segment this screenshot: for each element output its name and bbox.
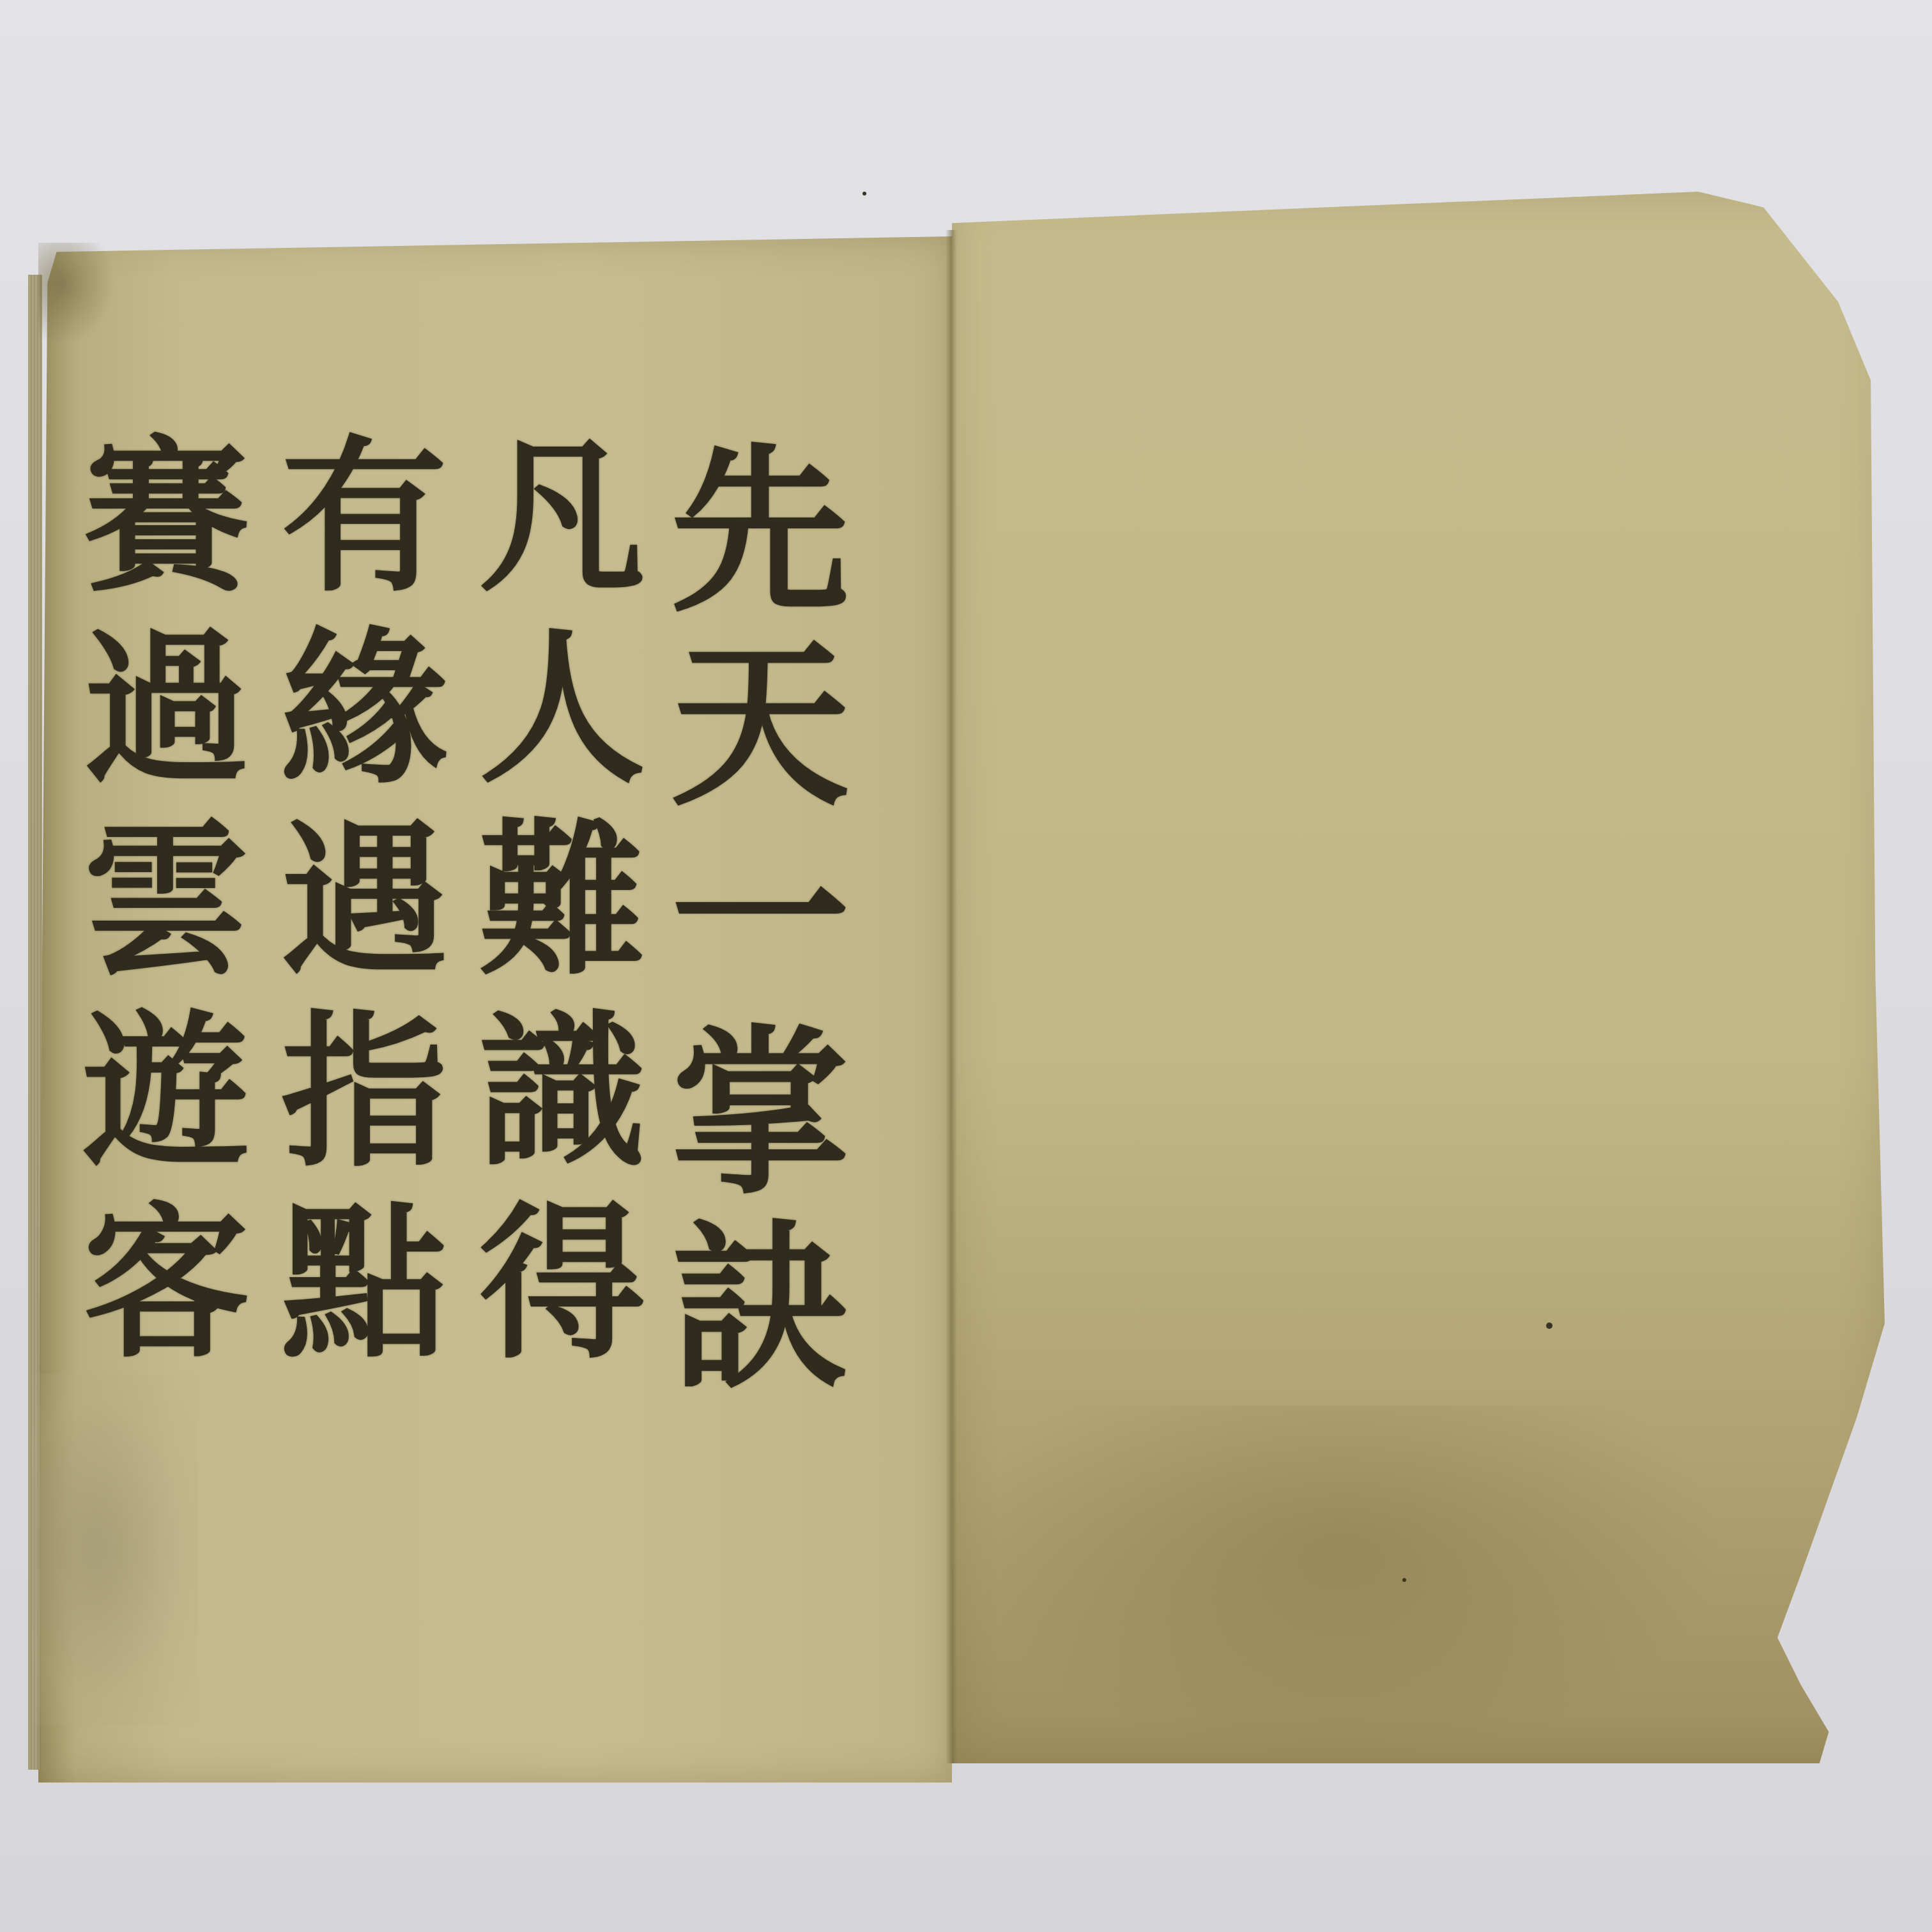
worn-corner-bottom	[32, 1374, 198, 1725]
verse-char: 得	[479, 1188, 645, 1380]
verse-char: 點	[281, 1188, 447, 1380]
title-char: 先	[671, 434, 850, 629]
verse-char: 凡	[479, 422, 645, 613]
text-columns: 先 天 一 掌 訣 凡 人 難 識 得 有 緣 遇 指 點 賽 過 雲 遊 客	[57, 409, 862, 1406]
verse-char: 有	[281, 422, 447, 613]
book-spine	[946, 230, 957, 1763]
ink-fleck	[1402, 1578, 1406, 1582]
verse-char: 客	[83, 1188, 249, 1380]
book-spread: 先 天 一 掌 訣 凡 人 難 識 得 有 緣 遇 指 點 賽 過 雲 遊 客	[0, 0, 1932, 1932]
title-column: 先 天 一 掌 訣	[664, 434, 856, 1406]
verse-char: 識	[479, 997, 645, 1188]
verse-char: 遇	[281, 805, 447, 997]
verse-char: 難	[479, 805, 645, 997]
title-char: 一	[671, 823, 850, 1017]
ink-fleck	[1546, 1322, 1552, 1329]
verse-char: 雲	[83, 805, 249, 997]
verse-column-1: 凡 人 難 識 得	[466, 422, 658, 1406]
worn-corner-top	[38, 243, 115, 345]
title-char: 天	[671, 629, 850, 823]
water-stain	[958, 1406, 1725, 1763]
verse-column-3: 賽 過 雲 遊 客	[70, 422, 262, 1406]
verse-char: 過	[83, 613, 249, 805]
verse-char: 遊	[83, 997, 249, 1188]
verse-column-2: 有 緣 遇 指 點	[268, 422, 460, 1406]
verse-char: 人	[479, 613, 645, 805]
title-char: 掌	[671, 1017, 850, 1211]
title-char: 訣	[671, 1211, 850, 1406]
ink-fleck	[862, 192, 866, 195]
verse-char: 賽	[83, 422, 249, 613]
verse-char: 指	[281, 997, 447, 1188]
verse-char: 緣	[281, 613, 447, 805]
